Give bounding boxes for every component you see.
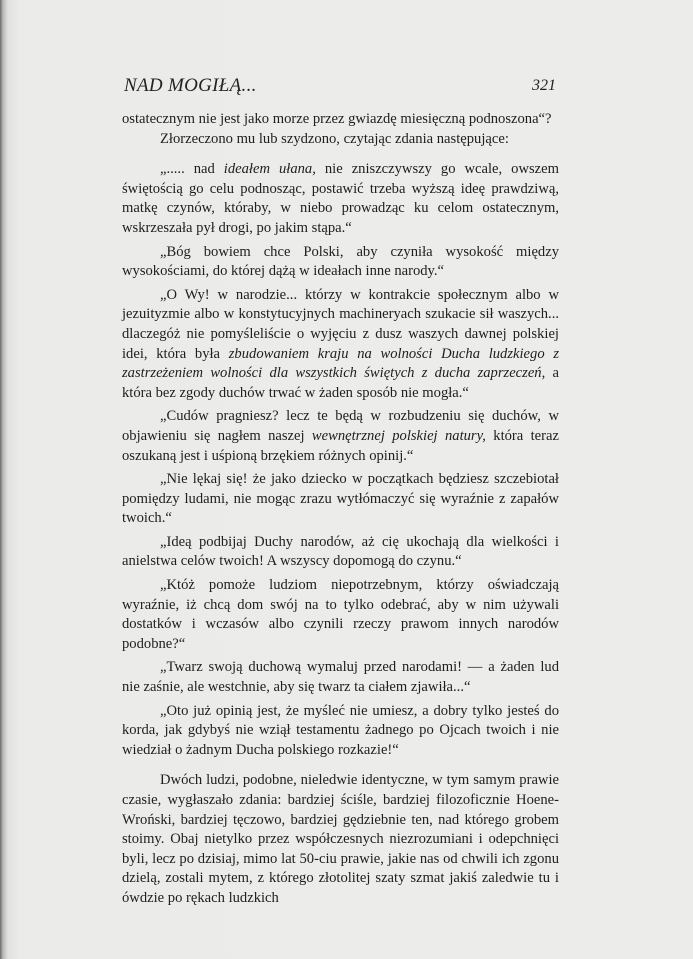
paragraph-text: „Któż pomoże ludziom niepotrzebnym, któr…: [122, 577, 559, 652]
quote-paragraph: „Oto już opinią jest, że myśleć nie umie…: [122, 702, 559, 761]
page-number: 321: [532, 77, 556, 95]
quote-paragraph: „Ideą podbijaj Duchy narodów, aż cię uko…: [122, 533, 559, 572]
paragraph: Złorzeczono mu lub szydzono, czytając zd…: [122, 130, 559, 150]
quote-paragraph: „..... nad ideałem ułana, nie zniszczyws…: [122, 160, 559, 238]
quote-paragraph: „O Wy! w narodzie... którzy w kontrakcie…: [122, 286, 559, 404]
running-title: NAD MOGIŁĄ...: [124, 75, 257, 97]
paragraph-text: Dwóch ludzi, podobne, nieledwie identycz…: [122, 772, 559, 906]
paragraph-text: „Ideą podbijaj Duchy narodów, aż cię uko…: [122, 534, 559, 570]
body-text: ostatecznym nie jest jako morze przez gw…: [122, 110, 559, 909]
page-header: NAD MOGIŁĄ... 321: [124, 75, 556, 99]
paragraph-text: ostatecznym nie jest jako morze przez gw…: [122, 111, 552, 127]
quote-paragraph: „Twarz swoją duchową wymaluj przed narod…: [122, 658, 559, 697]
paragraph-text: „Oto już opinią jest, że myśleć nie umie…: [122, 703, 559, 758]
paragraph: ostatecznym nie jest jako morze przez gw…: [122, 110, 559, 130]
paragraph-text: „..... nad: [160, 161, 224, 177]
emphasis-text: ideałem ułana,: [224, 161, 316, 177]
book-page: NAD MOGIŁĄ... 321 ostatecznym nie jest j…: [0, 0, 693, 959]
paragraph-text: „Twarz swoją duchową wymaluj przed narod…: [122, 659, 559, 695]
paragraph-text: Złorzeczono mu lub szydzono, czytając zd…: [160, 131, 509, 147]
paragraph-text: „Bóg bowiem chce Polski, aby czyniła wys…: [122, 244, 559, 280]
quote-paragraph: „Któż pomoże ludziom niepotrzebnym, któr…: [122, 576, 559, 654]
emphasis-text: wewnętrznej polskiej natury,: [312, 428, 486, 444]
paragraph-text: „Nie lękaj się! że jako dziecko w począt…: [122, 471, 559, 526]
quote-paragraph: „Nie lękaj się! że jako dziecko w począt…: [122, 470, 559, 529]
quote-paragraph: „Bóg bowiem chce Polski, aby czyniła wys…: [122, 243, 559, 282]
paragraph: Dwóch ludzi, podobne, nieledwie identycz…: [122, 771, 559, 908]
quote-paragraph: „Cudów pragniesz? lecz te będą w rozbudz…: [122, 407, 559, 466]
